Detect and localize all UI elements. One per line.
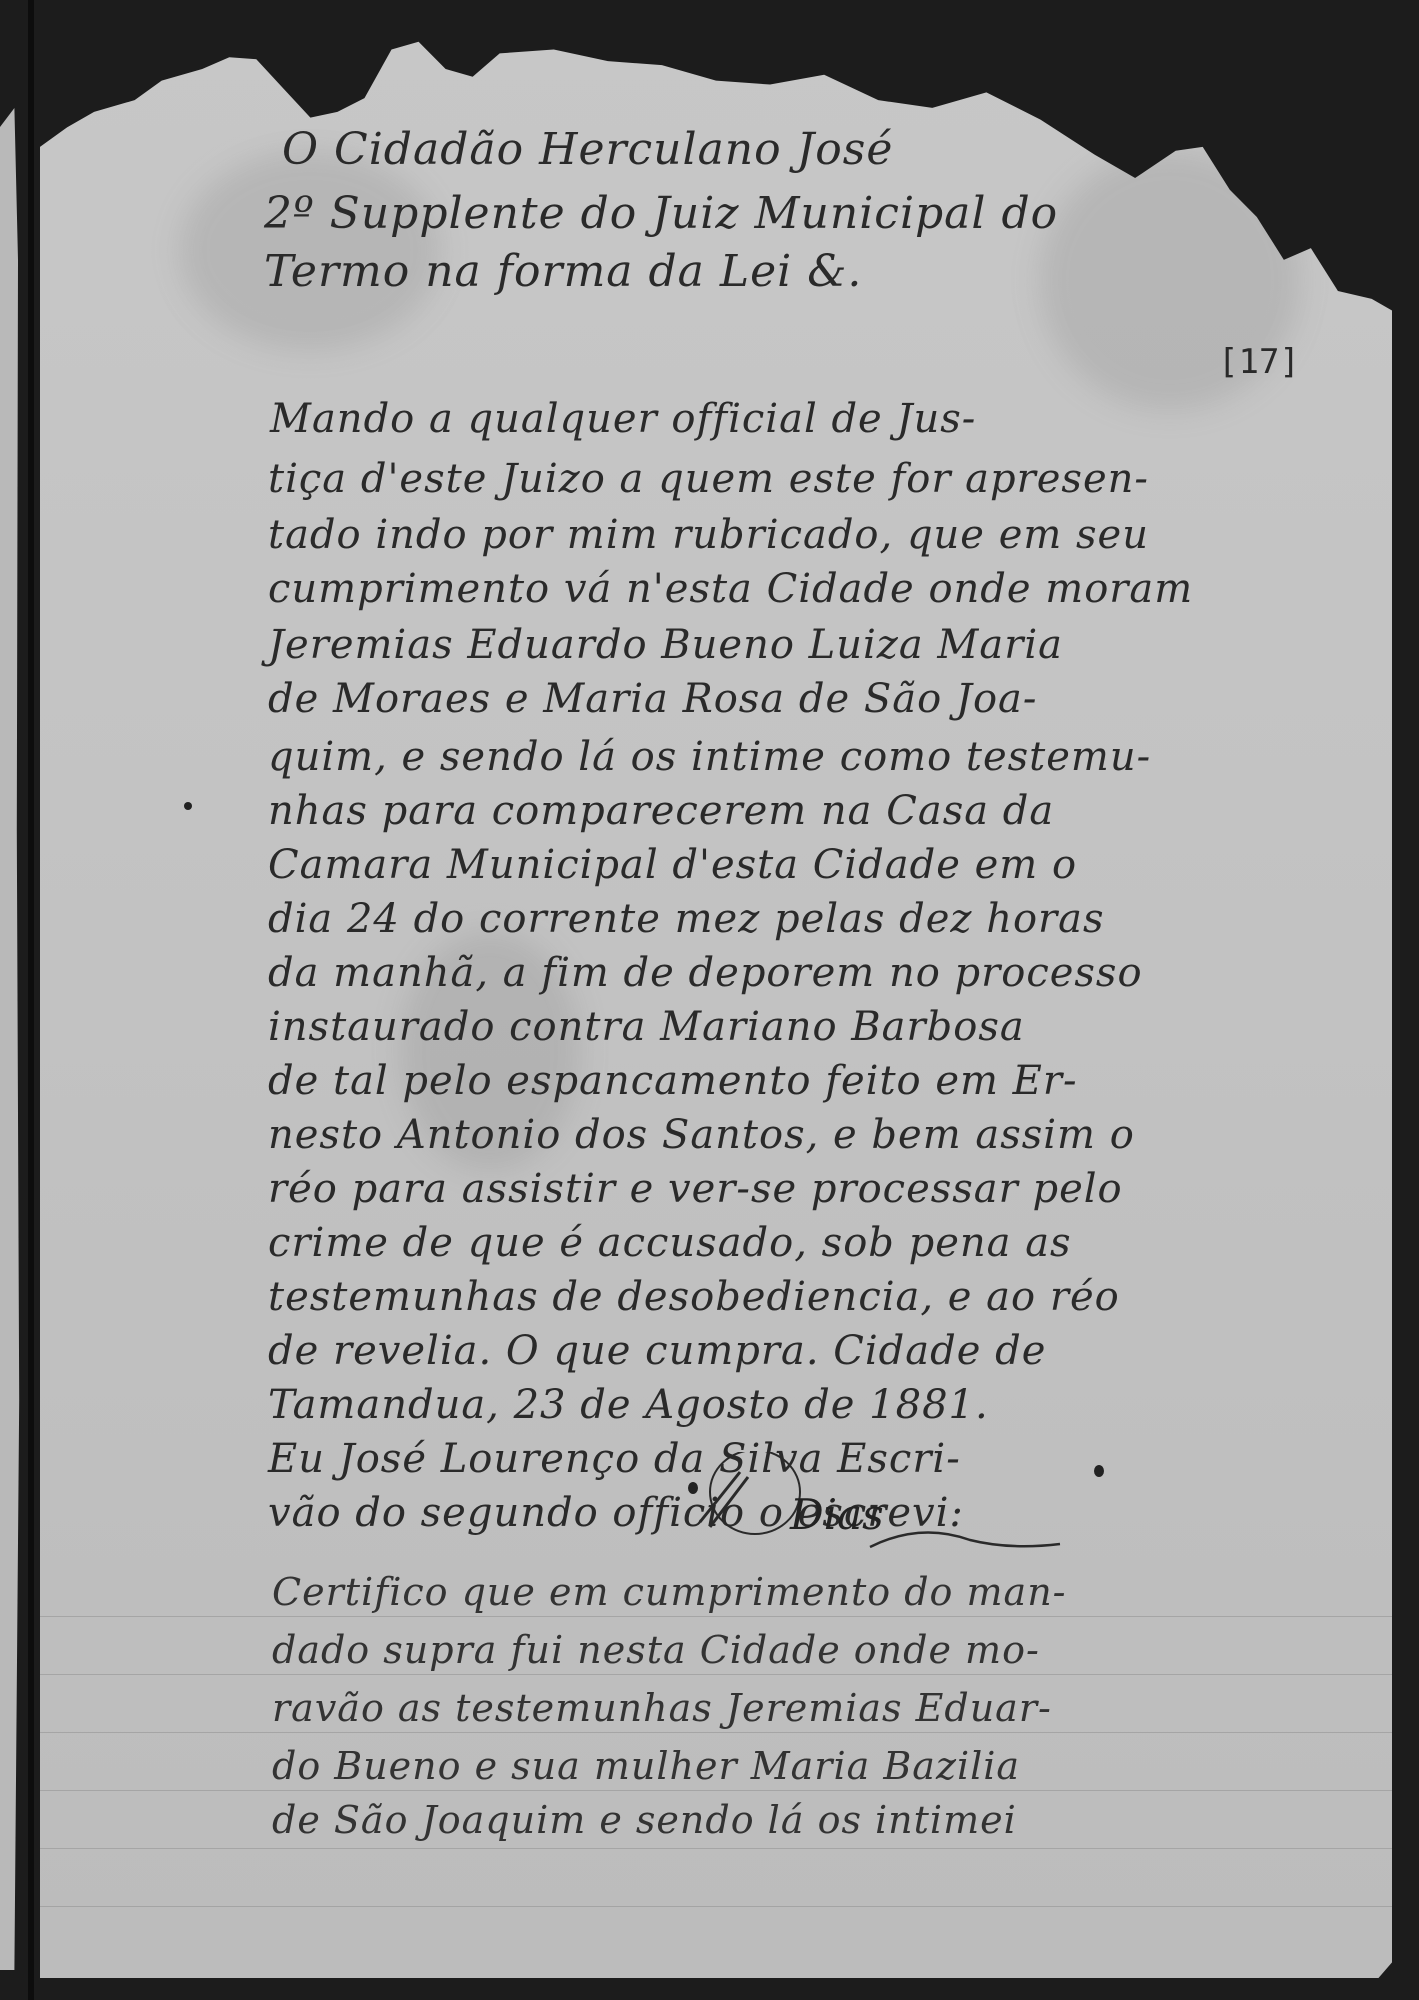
body-line-14: nesto Antonio dos Santos, e bem assim o: [268, 1112, 1135, 1158]
body-line-10: dia 24 do corrente mez pelas dez horas: [268, 896, 1105, 942]
body-line-19: Tamandua, 23 de Agosto de 1881.: [268, 1382, 989, 1428]
certificate-line-4: do Bueno e sua mulher Maria Bazilia: [272, 1744, 1020, 1788]
binding-shadow: [28, 0, 34, 2000]
heading-line-1: O Cidadão Herculano José: [282, 124, 893, 175]
certificate-line-5: de São Joaquim e sendo lá os intimei: [272, 1798, 1017, 1842]
body-line-17: testemunhas de desobediencia, e ao réo: [268, 1274, 1120, 1320]
ink-spot: [184, 802, 192, 810]
certificate-line-1: Certifico que em cumprimento do man-: [272, 1570, 1067, 1614]
body-line-9: Camara Municipal d'esta Cidade em o: [268, 842, 1077, 888]
body-line-11: da manhã, a fim de deporem no processo: [268, 950, 1143, 996]
adjacent-page-edge: [0, 70, 24, 1970]
signature-name: Dias: [790, 1490, 884, 1539]
certificate-line-2: dado supra fui nesta Cidade onde mo-: [272, 1628, 1040, 1672]
certificate-line-3: ravão as testemunhas Jeremias Eduar-: [272, 1686, 1052, 1730]
folio-number: [17]: [1218, 342, 1300, 382]
body-line-5: Jeremias Eduardo Bueno Luiza Maria: [268, 622, 1063, 668]
ruled-line: [40, 1848, 1392, 1849]
body-line-13: de tal pelo espancamento feito em Er-: [268, 1058, 1077, 1104]
body-line-2: tiça d'este Juizo a quem este for aprese…: [268, 456, 1149, 502]
heading-line-3: Termo na forma da Lei &.: [264, 246, 862, 297]
ruled-line: [40, 1674, 1392, 1675]
body-line-15: réo para assistir e ver-se processar pel…: [268, 1166, 1123, 1212]
heading-line-2: 2º Supplente do Juiz Municipal do: [264, 188, 1058, 239]
ink-spot: [688, 1482, 698, 1494]
body-line-4: cumprimento vá n'esta Cidade onde moram: [268, 566, 1193, 612]
body-line-1: Mando a qualquer official de Jus-: [270, 396, 976, 442]
signature: Dias: [680, 1452, 1080, 1562]
ink-spot: [1094, 1465, 1104, 1477]
body-line-3: tado indo por mim rubricado, que em seu: [268, 512, 1149, 558]
body-line-7: quim, e sendo lá os intime como testemu-: [268, 734, 1151, 780]
body-line-8: nhas para comparecerem na Casa da: [268, 788, 1054, 834]
body-line-16: crime de que é accusado, sob pena as: [268, 1220, 1072, 1266]
ruled-line: [40, 1732, 1392, 1733]
ruled-line: [40, 1790, 1392, 1791]
ruled-line: [40, 1906, 1392, 1907]
ruled-line: [40, 1616, 1392, 1617]
body-line-12: instaurado contra Mariano Barbosa: [268, 1004, 1025, 1050]
body-line-6: de Moraes e Maria Rosa de São Joa-: [268, 676, 1037, 722]
body-line-18: de revelia. O que cumpra. Cidade de: [268, 1328, 1046, 1374]
